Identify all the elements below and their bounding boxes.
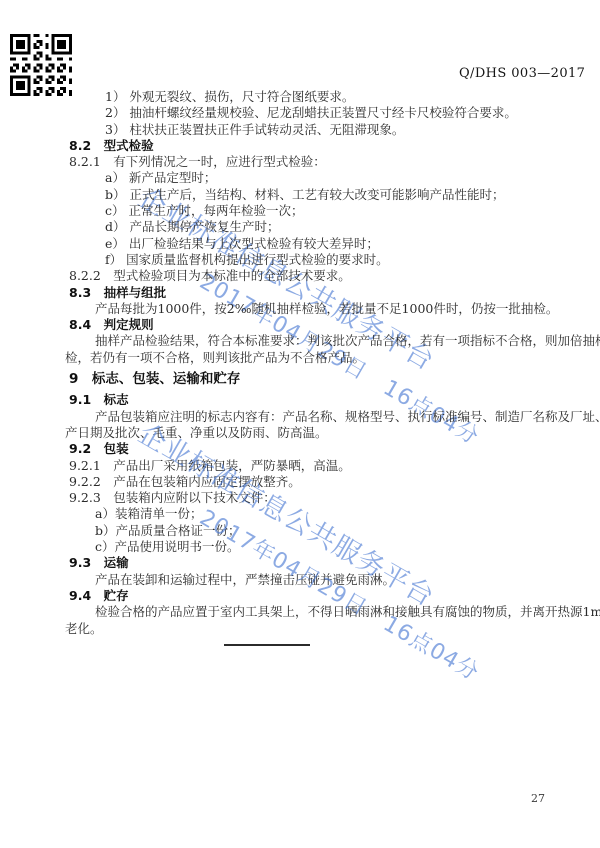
text-line: 8.4 判定规则 <box>65 317 545 333</box>
text-line: 3） 柱状扶正装置扶正件手试转动灵活、无阻滞现象。 <box>65 122 545 138</box>
text-line: e） 出厂检验结果与上次型式检验有较大差异时； <box>65 236 545 252</box>
text-line: b） 正式生产后，当结构、材料、工艺有较大改变可能影响产品性能时； <box>65 187 545 203</box>
document-page: Q/DHS 003—2017 企业标准信息公共服务平台 2017年04月29日 … <box>0 0 600 848</box>
text-line: 8.2.1 有下列情况之一时，应进行型式检验： <box>65 154 545 170</box>
text-line: a） 新产品定型时； <box>65 170 545 186</box>
page-number: 27 <box>531 792 545 805</box>
text-line: 9.2.3 包装箱内应附以下技术文件： <box>65 490 545 506</box>
text-line: c）产品使用说明书一份。 <box>65 539 545 555</box>
text-line: 8.2.2 型式检验项目为本标准中的全部技术要求。 <box>65 268 545 284</box>
text-line: 8.3 抽样与组批 <box>65 285 545 301</box>
text-line: 9.2.2 产品在包装箱内应固定摆放整齐。 <box>65 474 545 490</box>
text-line: 2） 抽油杆螺纹经量规校验、尼龙刮蜡扶正装置尺寸经卡尺校验符合要求。 <box>65 105 545 121</box>
text-line: 检验合格的产品应置于室内工具架上，不得日晒雨淋和接触具有腐蚀的物质，并离开热源1… <box>65 604 545 620</box>
text-line: a）装箱清单一份； <box>65 506 545 522</box>
text-line: 产品包装箱应注明的标志内容有：产品名称、规格型号、执行标准编号、制造厂名称及厂址… <box>65 409 545 425</box>
text-line: 产品在装卸和运输过程中，严禁撞击压碰并避免雨淋。 <box>65 572 545 588</box>
text-line: 9.2.1 产品出厂采用纸箱包装，严防暴晒，高温。 <box>65 458 545 474</box>
text-line: 9.1 标志 <box>65 392 545 408</box>
text-line: 8.2 型式检验 <box>65 138 545 154</box>
qr-code <box>8 34 74 96</box>
text-line: d） 产品长期停产恢复生产时； <box>65 219 545 235</box>
text-line: 检，若仍有一项不合格，则判该批产品为不合格产品。 <box>65 350 545 366</box>
text-line: 1） 外观无裂纹、损伤，尺寸符合图纸要求。 <box>65 89 545 105</box>
text-line: c） 正常生产时，每两年检验一次； <box>65 203 545 219</box>
document-body: 1） 外观无裂纹、损伤，尺寸符合图纸要求。2） 抽油杆螺纹经量规校验、尼龙刮蜡扶… <box>65 89 545 637</box>
standard-number: Q/DHS 003—2017 <box>459 66 585 81</box>
text-line: 产品每批为1000件，按2‰随机抽样检验，若批量不足1000件时，仍按一批抽检。 <box>65 301 545 317</box>
text-line: 抽样产品检验结果，符合本标准要求：判该批次产品合格，若有一项指标不合格，则加倍抽… <box>65 333 545 349</box>
text-line: 9.3 运输 <box>65 555 545 571</box>
text-line: 9.2 包装 <box>65 441 545 457</box>
text-line: 9.4 贮存 <box>65 588 545 604</box>
text-line: f） 国家质量监督机构提出进行型式检验的要求时。 <box>65 252 545 268</box>
text-line: b）产品质量合格证一份； <box>65 523 545 539</box>
end-of-text-divider <box>224 644 310 646</box>
text-line: 老化。 <box>65 621 545 637</box>
qr-code-svg <box>8 34 74 96</box>
text-line: 9 标志、包装、运输和贮存 <box>65 371 545 387</box>
text-line: 产日期及批次、毛重、净重以及防雨、防高温。 <box>65 425 545 441</box>
